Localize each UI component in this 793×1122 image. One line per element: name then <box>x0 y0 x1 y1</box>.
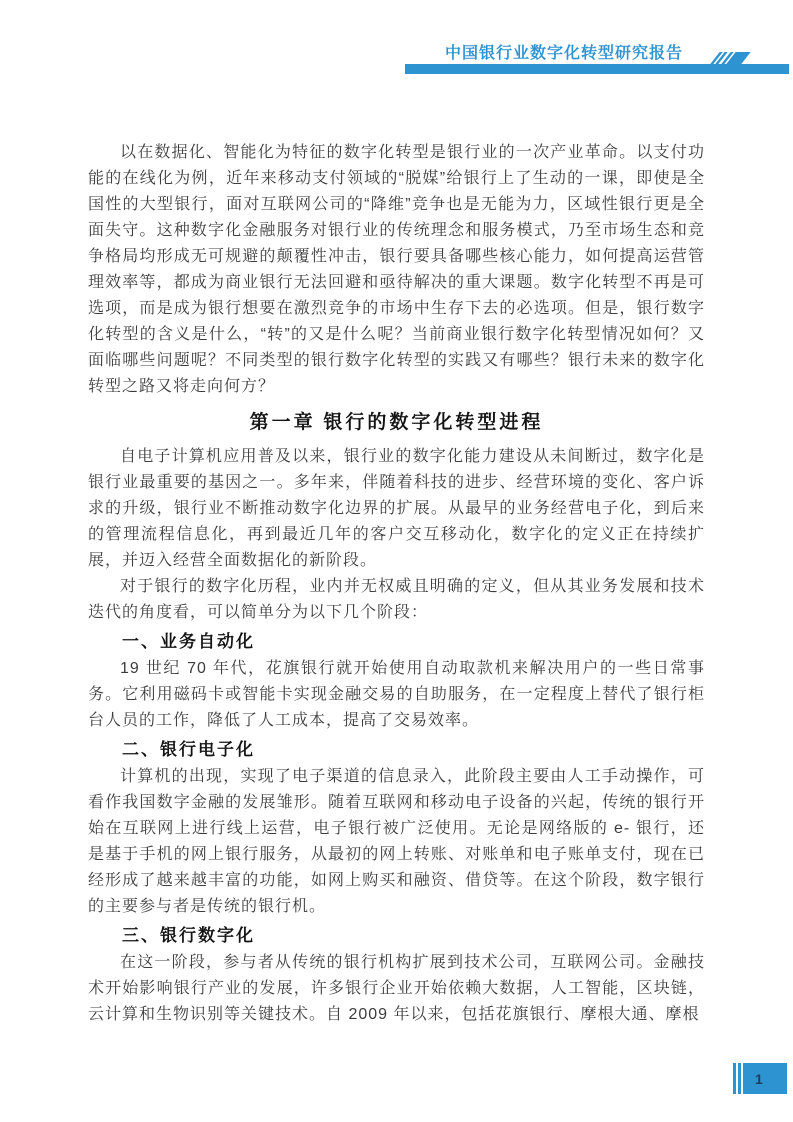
section-paragraph-bank-electronification: 计算机的出现，实现了电子渠道的信息录入，此阶段主要由人工手动操作，可看作我国数字… <box>88 764 705 920</box>
section-heading-business-automation: 一、业务自动化 <box>88 630 705 654</box>
section-paragraph-bank-digitalization: 在这一阶段，参与者从传统的银行机构扩展到技术公司，互联网公司。金融技术开始影响银… <box>88 950 705 1028</box>
section-heading-bank-electronification: 二、银行电子化 <box>88 738 705 762</box>
header-rule-bar <box>405 64 789 74</box>
section-heading-bank-digitalization: 三、银行数字化 <box>88 924 705 948</box>
page-number-accent-bar-thick <box>738 1063 742 1094</box>
header-stripes-decoration <box>715 51 747 64</box>
report-page: 中国银行业数字化转型研究报告 以在数据化、智能化为特征的数字化转型是银行业的一次… <box>0 0 793 1122</box>
document-body: 以在数据化、智能化为特征的数字化转型是银行业的一次产业革命。以支付功能的在线化为… <box>88 140 705 1028</box>
page-number: 1 <box>755 1071 763 1087</box>
intro-paragraph: 以在数据化、智能化为特征的数字化转型是银行业的一次产业革命。以支付功能的在线化为… <box>88 140 705 400</box>
section-paragraph-business-automation: 19 世纪 70 年代，花旗银行就开始使用自动取款机来解决用户的一些日常事务。它… <box>88 656 705 734</box>
chapter-paragraph-1: 自电子计算机应用普及以来，银行业的数字化能力建设从未间断过，数字化是银行业最重要… <box>88 444 705 574</box>
page-number-accent-bar-thin <box>733 1063 736 1094</box>
header-report-title: 中国银行业数字化转型研究报告 <box>445 40 683 63</box>
chapter-paragraph-2: 对于银行的数字化历程，业内并无权威且明确的定义，但从其业务发展和技术迭代的角度看… <box>88 574 705 626</box>
chapter-title: 第一章 银行的数字化转型进程 <box>88 408 705 438</box>
page-number-badge: 1 <box>743 1063 787 1094</box>
